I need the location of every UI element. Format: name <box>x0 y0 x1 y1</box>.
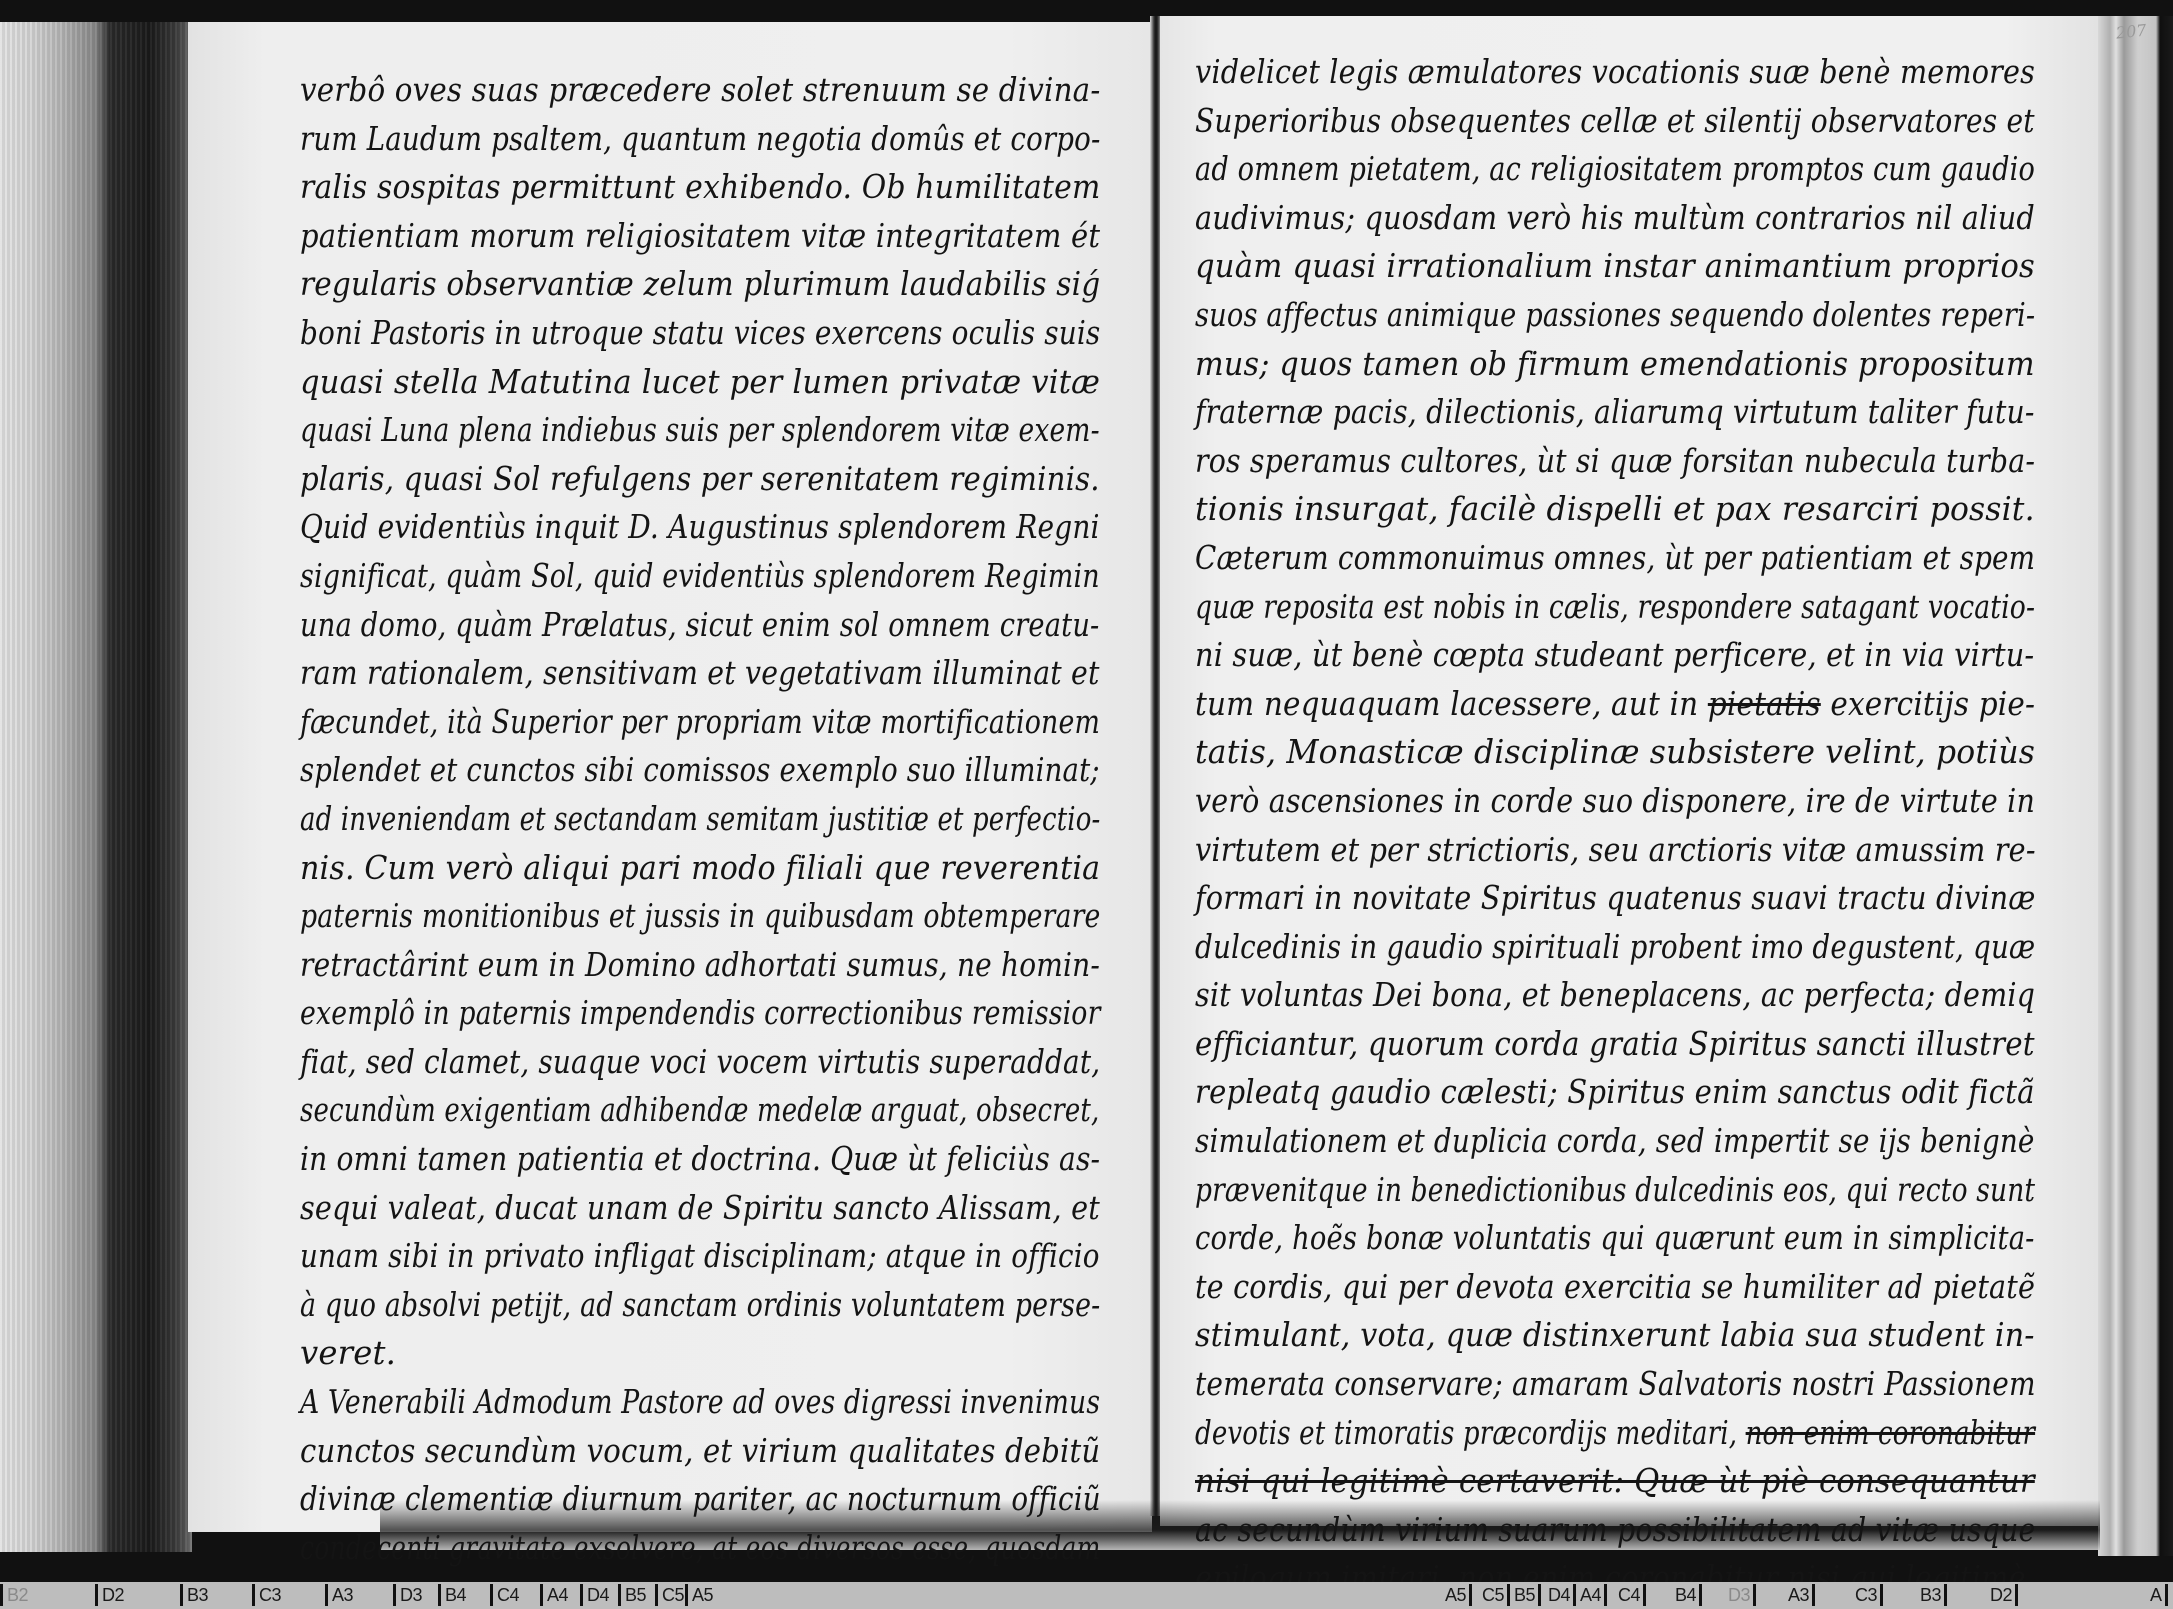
left-fore-edge <box>0 22 192 1552</box>
manuscript-line: quæ reposita est nobis in cælis, respond… <box>1195 583 1888 632</box>
manuscript-line: mus; quos tamen ob firmum emendationis p… <box>1195 340 1983 389</box>
left-page-text: verbô oves suas præcedere solet strenuum… <box>300 66 1120 1572</box>
manuscript-line: paternis monitionibus et jussis in quibu… <box>300 892 964 941</box>
film-strip-label: D4 <box>580 1584 609 1606</box>
film-strip-label: A5 <box>1445 1584 1472 1606</box>
struck-text: pietatis <box>1708 684 1821 723</box>
manuscript-line: suos affectus animique passiones sequend… <box>1195 291 1905 340</box>
manuscript-line: secundùm exigentiam adhibendæ medelæ arg… <box>300 1086 945 1135</box>
manuscript-line: veret. <box>300 1329 1100 1378</box>
manuscript-line: ad omnem pietatem, ac religiositatem pro… <box>1195 145 1902 194</box>
manuscript-line: fiat, sed clamet, suaque voci vocem virt… <box>300 1038 993 1087</box>
film-strip-label: C5 <box>655 1584 684 1606</box>
manuscript-line: ralis sospitas permittunt exhibendo. Ob … <box>300 163 1041 212</box>
manuscript-line: ad inveniendam et sectandam semitam just… <box>300 795 945 844</box>
manuscript-line: efficiantur, quorum corda gratia Spiritu… <box>1195 1020 1959 1069</box>
film-strip-label: C3 <box>1855 1584 1883 1606</box>
manuscript-line: condecenti gravitate exsolvere, at eos d… <box>300 1524 923 1573</box>
film-strip-label: D3 <box>393 1584 422 1606</box>
manuscript-line: splendet et cunctos sibi comissos exempl… <box>300 746 984 795</box>
manuscript-line: tatis, Monasticæ disciplinæ subsistere v… <box>1195 728 2013 777</box>
film-strip-label: B5 <box>618 1584 646 1606</box>
manuscript-line: ros speramus cultores, ùt si quæ forsita… <box>1195 437 1935 486</box>
manuscript-line: unam sibi in privato infligat disciplina… <box>300 1232 989 1281</box>
manuscript-line: dulcedinis in gaudio spirituali probent … <box>1195 923 1920 972</box>
manuscript-line: Quid evidentiùs inquit D. Augustinus spl… <box>300 503 996 552</box>
manuscript-line: quasi stella Matutina lucet per lumen pr… <box>300 358 1060 407</box>
film-strip-label: B5 <box>1514 1584 1541 1606</box>
manuscript-line: in omni tamen patientia et doctrina. Quæ… <box>300 1135 999 1184</box>
manuscript-line: retractârint eum in Domino adhortati sum… <box>300 941 996 990</box>
film-strip-label: C4 <box>1618 1584 1646 1606</box>
manuscript-line: tionis insurgat, facilè dispelli et pax … <box>1195 485 2012 534</box>
manuscript-line: quàm quasi irrationalium instar animanti… <box>1195 242 1994 291</box>
manuscript-line: plaris, quasi Sol refulgens per serenita… <box>300 455 1025 504</box>
manuscript-line: audivimus; quosdam verò his multùm contr… <box>1195 194 1942 243</box>
manuscript-line: una domo, quàm Prælatus, sicut enim sol … <box>300 601 978 650</box>
film-strip-label: A4 <box>540 1584 568 1606</box>
film-strip-label: C4 <box>490 1584 519 1606</box>
manuscript-line: videlicet legis æmulatores vocationis su… <box>1195 48 1941 97</box>
film-strip-label: A3 <box>1788 1584 1815 1606</box>
manuscript-line: ac secundùm virium suarum possibilitatem… <box>1195 1506 1935 1555</box>
film-strip-label: C5 <box>1482 1584 1510 1606</box>
manuscript-line: patientiam morum religiositatem vitæ int… <box>300 212 1021 261</box>
film-strip-label: B4 <box>1675 1584 1702 1606</box>
manuscript-line: cunctos secundùm vocum, et virium qualit… <box>300 1427 1023 1476</box>
manuscript-line: fæcundet, ità Superior per propriam vitæ… <box>300 698 966 747</box>
manuscript-line: tum nequaquam lacessere, aut in pietatis… <box>1195 680 1963 729</box>
manuscript-line: simulationem et duplicia corda, sed impe… <box>1195 1117 1921 1166</box>
manuscript-line: regularis observantiæ zelum plurimum lau… <box>300 260 1033 309</box>
manuscript-line: nis. Cum verò aliqui pari modo filiali q… <box>300 844 1047 893</box>
manuscript-line: devotis et timoratis præcordijs meditari… <box>1195 1409 1874 1458</box>
manuscript-line: stimulant, vota, quæ distinxerunt labia … <box>1195 1311 1979 1360</box>
manuscript-line: nisi qui legitimè certaverit: Quæ ùt piè… <box>1195 1457 1995 1506</box>
film-strip-label: B2 <box>0 1584 28 1606</box>
manuscript-line: ni suæ, ùt benè cœpta studeant perficere… <box>1195 631 1945 680</box>
manuscript-line: Superioribus obsequentes cellæ et silent… <box>1195 97 1927 146</box>
film-strip-label: A <box>2150 1584 2168 1606</box>
film-strip-label: D2 <box>95 1584 124 1606</box>
right-fore-edge <box>2098 16 2173 1556</box>
manuscript-line: virtutem et per strictioris, seu arctior… <box>1195 826 1942 875</box>
struck-text: non enim coronabitur <box>1746 1413 2035 1452</box>
manuscript-line: A Venerabili Admodum Pastore ad oves dig… <box>300 1378 961 1427</box>
manuscript-line: corde, hoẽs bonæ voluntatis qui quærunt … <box>1195 1214 1908 1263</box>
manuscript-line: rum Laudum psaltem, quantum negotia domû… <box>300 115 987 164</box>
manuscript-line: divinæ clementiæ diurnum pariter, ac noc… <box>300 1475 988 1524</box>
manuscript-line: formari in novitate Spiritus quatenus su… <box>1195 874 1943 923</box>
film-strip-label: D4 <box>1548 1584 1576 1606</box>
manuscript-line: Cæterum commonuimus omnes, ùt per patien… <box>1195 534 1920 583</box>
manuscript-line: prævenitque in benedictionibus dulcedini… <box>1195 1166 1885 1215</box>
film-strip-label: D3 <box>1728 1584 1756 1606</box>
manuscript-line: repleatq gaudio cælesti; Spiritus enim s… <box>1195 1068 1954 1117</box>
manuscript-line: te cordis, qui per devota exercitia se h… <box>1195 1263 1941 1312</box>
manuscript-line: sequi valeat, ducat unam de Spiritu sanc… <box>300 1184 1012 1233</box>
film-strip-label: A5 <box>685 1584 713 1606</box>
manuscript-line: significat, quàm Sol, quid evidentiùs sp… <box>300 552 970 601</box>
manuscript-line: sit voluntas Dei bona, et beneplacens, a… <box>1195 971 1939 1020</box>
manuscript-line: à quo absolvi petijt, ad sanctam ordinis… <box>300 1281 967 1330</box>
manuscript-line: verbô oves suas præcedere solet strenuum… <box>300 66 1029 115</box>
film-strip-label: C3 <box>252 1584 281 1606</box>
manuscript-line: verò ascensiones in corde suo disponere,… <box>1195 777 1938 826</box>
film-strip-label: A3 <box>325 1584 353 1606</box>
film-strip-label: D2 <box>1990 1584 2018 1606</box>
page-number: 207 <box>2115 20 2147 42</box>
manuscript-line: quasi Luna plena indiebus suis per splen… <box>300 406 958 455</box>
film-strip-label: B4 <box>438 1584 466 1606</box>
manuscript-line: boni Pastoris in utroque statu vices exe… <box>300 309 993 358</box>
film-strip-label: B3 <box>180 1584 208 1606</box>
manuscript-line: ram rationalem, sensitivam et vegetativa… <box>300 649 1004 698</box>
manuscript-scan: 207 verbô oves suas præcedere solet stre… <box>0 0 2173 1609</box>
right-page-text: videlicet legis æmulatores vocationis su… <box>1195 48 2055 1603</box>
film-strip-label: A4 <box>1580 1584 1607 1606</box>
manuscript-line: fraternæ pacis, dilectionis, aliarumq vi… <box>1195 388 1931 437</box>
film-strip-label: B3 <box>1920 1584 1947 1606</box>
manuscript-line: exemplô in paternis impendendis correcti… <box>300 989 964 1038</box>
manuscript-line: temerata conservare; amaram Salvatoris n… <box>1195 1360 1924 1409</box>
